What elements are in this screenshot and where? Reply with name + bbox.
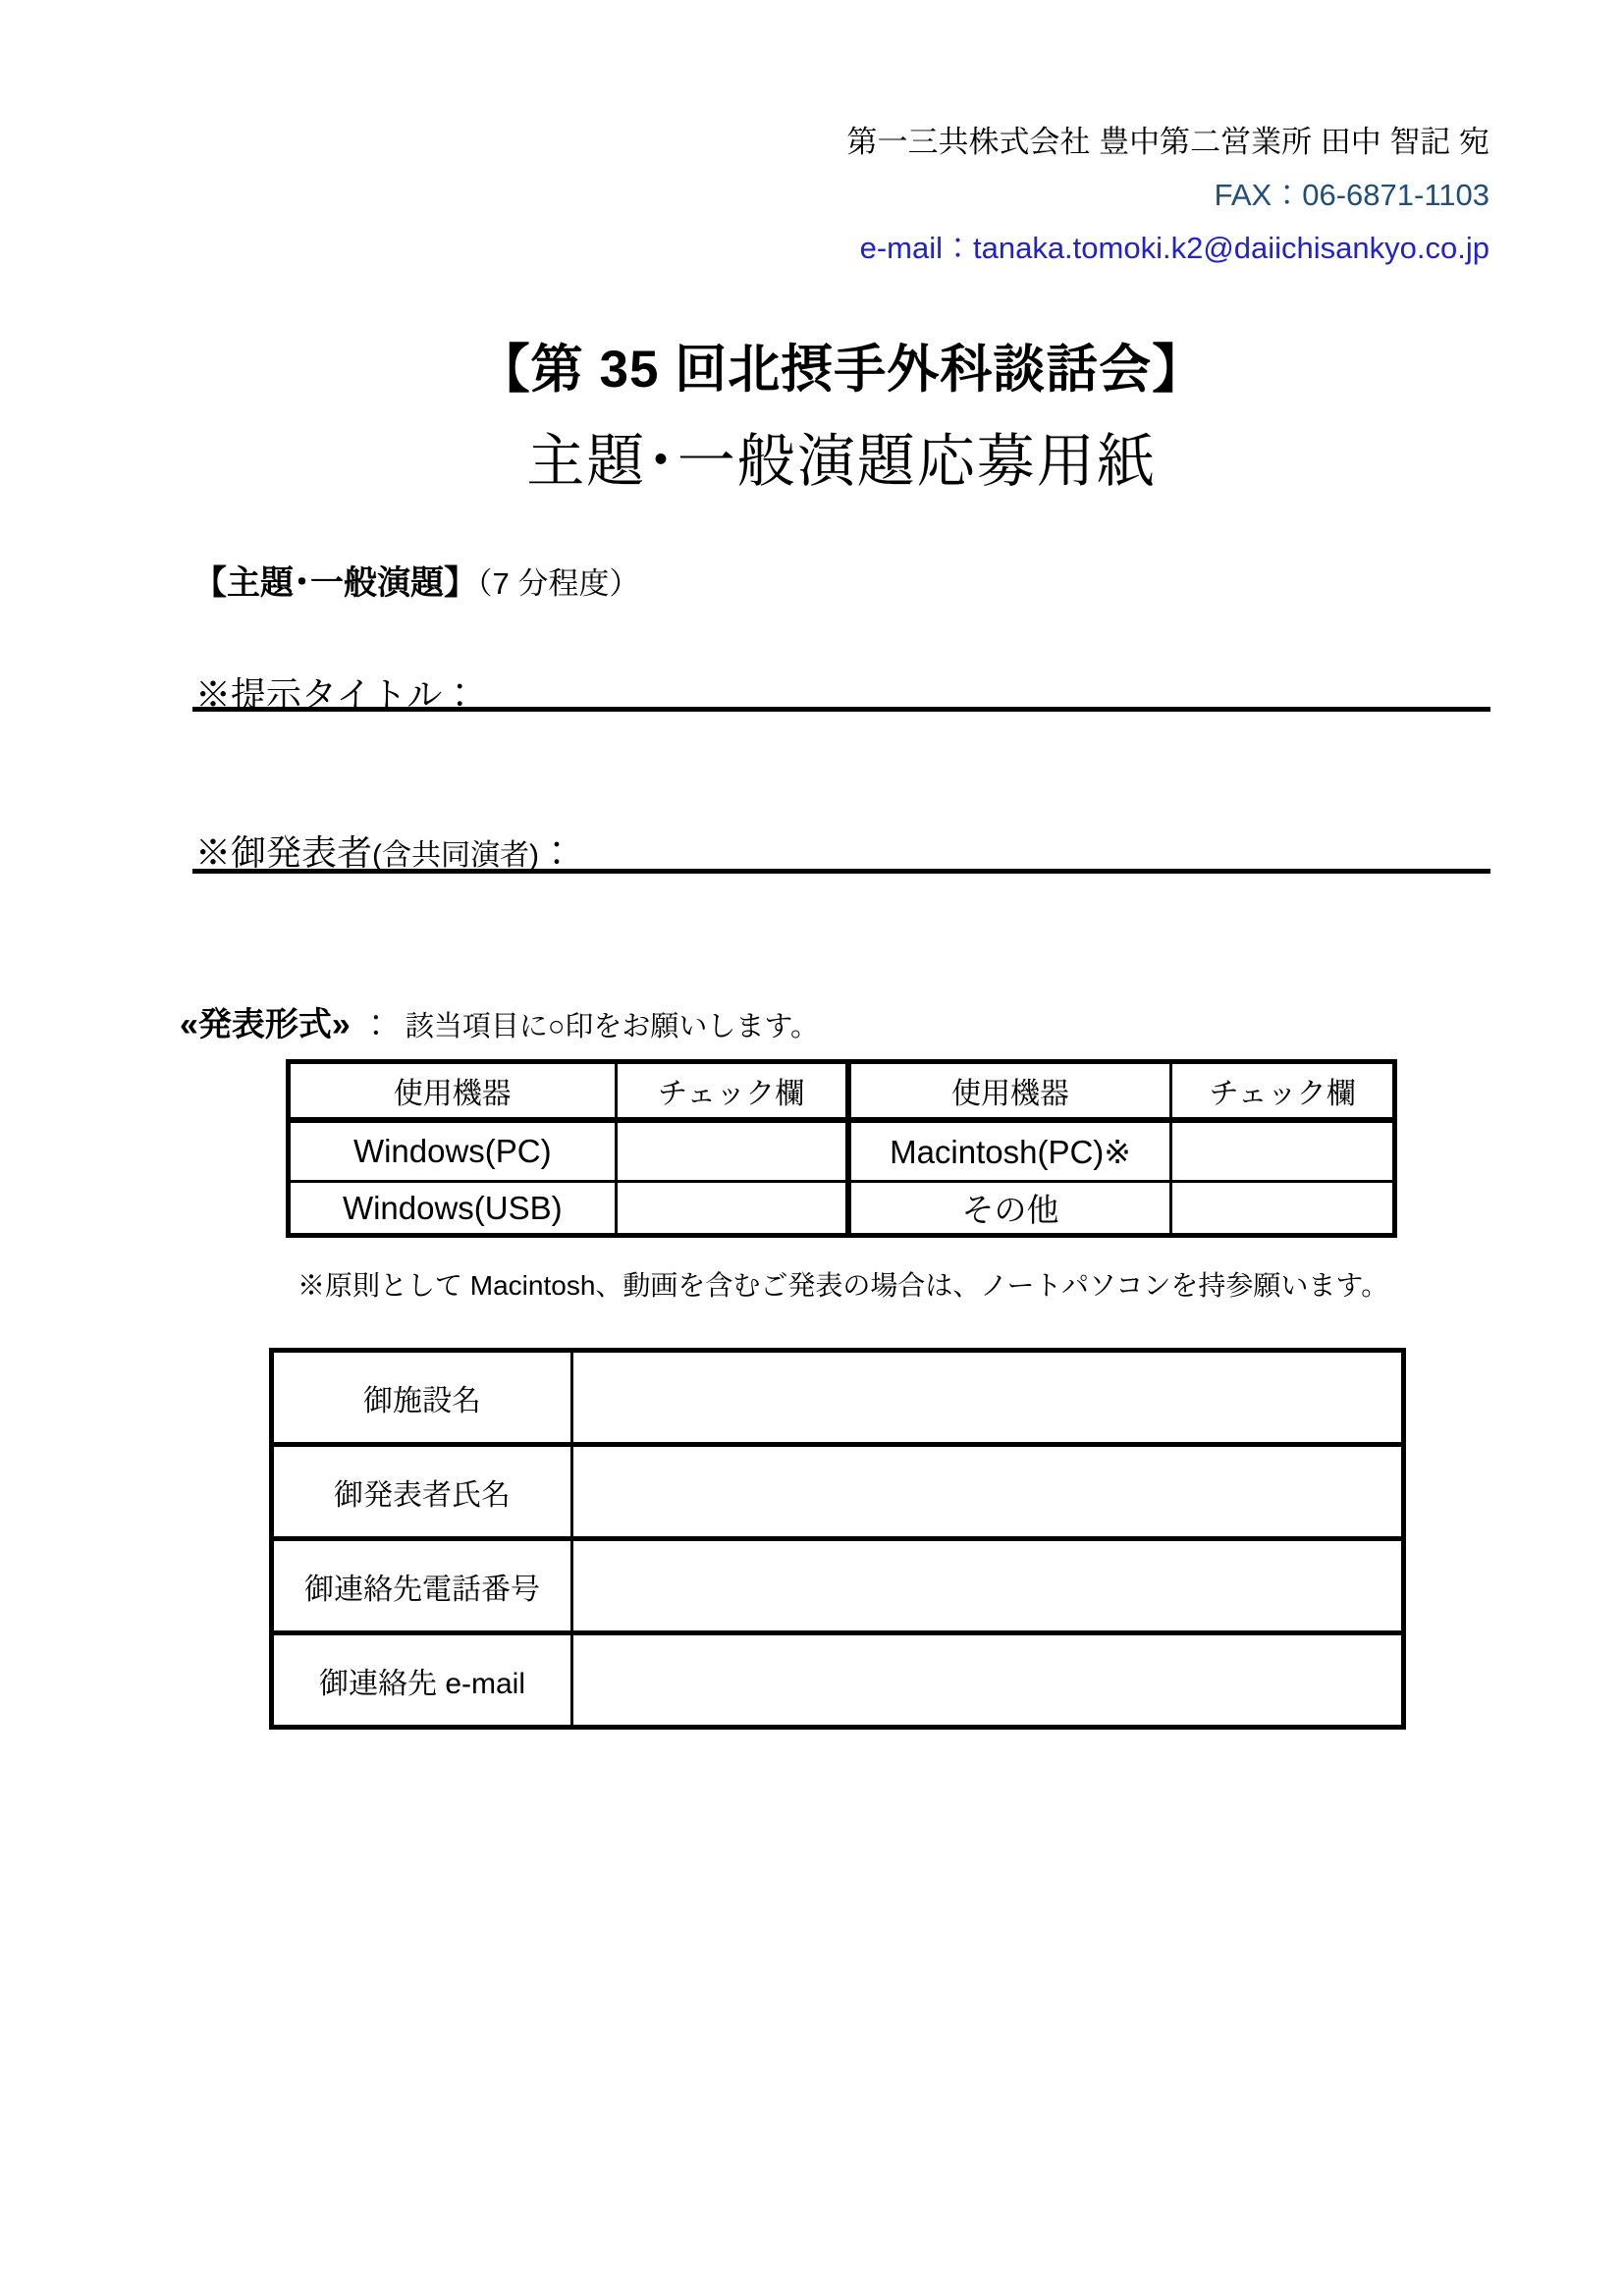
contact-label-phone: 御連絡先電話番号 — [272, 1539, 572, 1633]
section-heading: 【主題･一般演題】（7 分程度） — [193, 556, 639, 604]
check-cell-macintosh-pc[interactable] — [1171, 1120, 1395, 1182]
contact-input-email[interactable] — [572, 1633, 1404, 1728]
section-duration: （7 分程度） — [477, 566, 639, 601]
equipment-row-1: Windows(PC) Macintosh(PC)※ — [289, 1120, 1395, 1182]
format-heading-colon: ： — [360, 1007, 392, 1042]
equipment-header-check-1: チェック欄 — [616, 1062, 848, 1121]
presenter-label-main: ※御発表者 — [195, 832, 372, 873]
presenter-label-colon: ： — [539, 832, 574, 873]
format-heading: «発表形式» — [180, 1006, 351, 1043]
presenter-input-line[interactable] — [192, 869, 1490, 874]
check-cell-windows-usb[interactable] — [616, 1182, 848, 1236]
section-heading-label: 【主題･一般演題】 — [193, 564, 477, 602]
equipment-table: 使用機器 チェック欄 使用機器 チェック欄 Windows(PC) Macint… — [286, 1059, 1397, 1238]
check-cell-other[interactable] — [1171, 1182, 1395, 1236]
form-subtitle: 主題･一般演題応募用紙 — [193, 414, 1489, 498]
equipment-table-header-row: 使用機器 チェック欄 使用機器 チェック欄 — [289, 1062, 1395, 1121]
contact-label-presenter-name: 御発表者氏名 — [272, 1445, 572, 1539]
contact-row-facility: 御施設名 — [272, 1351, 1404, 1445]
contact-row-phone: 御連絡先電話番号 — [272, 1539, 1404, 1633]
email-line: e-mail：tanaka.tomoki.k2@daiichisankyo.co… — [847, 222, 1489, 275]
contact-label-facility: 御施設名 — [272, 1351, 572, 1445]
contact-row-presenter-name: 御発表者氏名 — [272, 1445, 1404, 1539]
macintosh-note: ※原則として Macintosh、動画を含むご発表の場合は、ノートパソコンを持参… — [298, 1264, 1388, 1304]
equipment-option-other: その他 — [848, 1182, 1171, 1236]
contact-table: 御施設名 御発表者氏名 御連絡先電話番号 御連絡先 e-mail — [269, 1348, 1406, 1730]
format-section-heading: «発表形式»：該当項目に○印をお願いします。 — [180, 997, 819, 1045]
equipment-header-check-2: チェック欄 — [1171, 1062, 1395, 1121]
contact-row-email: 御連絡先 e-mail — [272, 1633, 1404, 1728]
form-title: 【第 35 回北摂手外科談話会】 — [193, 328, 1489, 402]
contact-input-presenter-name[interactable] — [572, 1445, 1404, 1539]
equipment-header-device-1: 使用機器 — [289, 1062, 617, 1121]
fax-line: FAX：06-6871-1103 — [847, 169, 1489, 222]
application-form-page: 第一三共株式会社 豊中第二営業所 田中 智記 宛 FAX：06-6871-110… — [0, 0, 1624, 2296]
recipient-line: 第一三共株式会社 豊中第二営業所 田中 智記 宛 — [847, 116, 1489, 169]
equipment-option-windows-pc: Windows(PC) — [289, 1120, 617, 1182]
presentation-title-input-line[interactable] — [192, 707, 1490, 712]
equipment-header-device-2: 使用機器 — [848, 1062, 1171, 1121]
presenter-label-note: (含共同演者) — [372, 839, 539, 872]
contact-input-phone[interactable] — [572, 1539, 1404, 1633]
equipment-row-2: Windows(USB) その他 — [289, 1182, 1395, 1236]
contact-input-facility[interactable] — [572, 1351, 1404, 1445]
contact-label-email: 御連絡先 e-mail — [272, 1633, 572, 1728]
header-block: 第一三共株式会社 豊中第二営業所 田中 智記 宛 FAX：06-6871-110… — [847, 116, 1489, 275]
equipment-option-macintosh-pc: Macintosh(PC)※ — [848, 1120, 1171, 1182]
check-cell-windows-pc[interactable] — [616, 1120, 848, 1182]
equipment-option-windows-usb: Windows(USB) — [289, 1182, 617, 1236]
format-instruction: 該当項目に○印をお願いします。 — [406, 1011, 819, 1042]
